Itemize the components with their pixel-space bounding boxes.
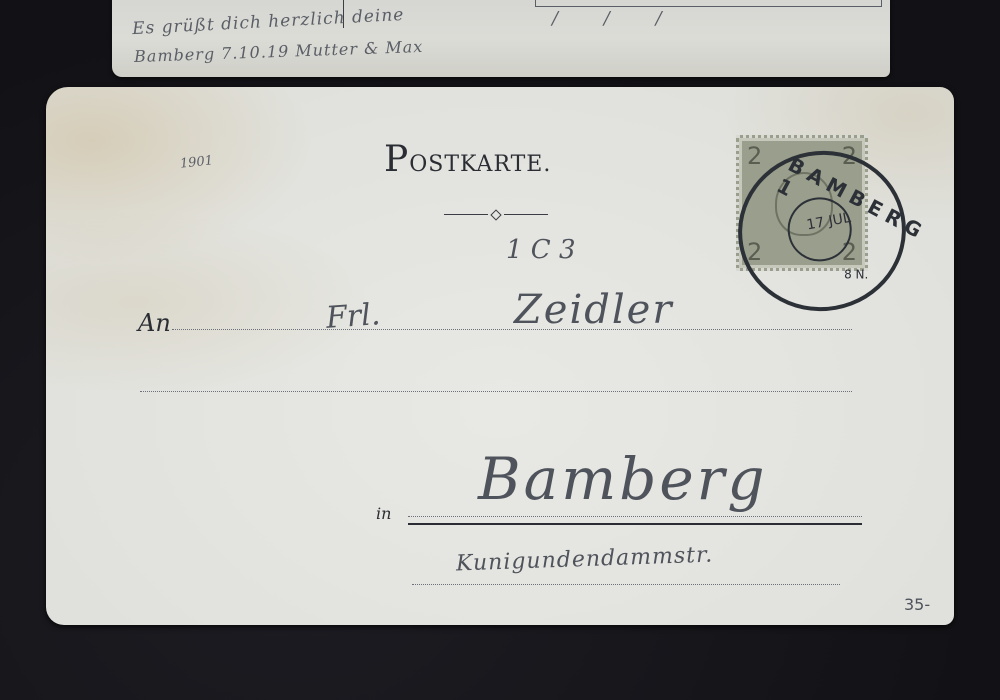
stamp-value: 2 <box>747 142 762 170</box>
address-line-4 <box>412 584 840 585</box>
handwriting-greeting: Es grüßt dich herzlich deine <box>132 5 405 39</box>
postmark-time: 8 N. <box>844 268 868 282</box>
title-ornament <box>444 211 548 219</box>
ruled-box <box>535 0 882 7</box>
label-to: An <box>138 309 171 337</box>
ornament-line-left <box>444 214 488 215</box>
title-initial: P <box>384 139 409 180</box>
recipient-title: Frl. <box>325 297 382 336</box>
pencil-mark: 1 C 3 <box>506 235 576 265</box>
address-line-3 <box>408 516 862 517</box>
address-line-2 <box>140 391 852 392</box>
main-postcard: 1901 POSTKARTE. 2 2 2 2 BAMBERG 1 17 JUL… <box>46 87 954 625</box>
recipient-name: Zeidler <box>514 287 673 333</box>
address-line-1 <box>172 329 852 330</box>
ornament-diamond-icon <box>490 209 501 220</box>
handwriting-strokes: / / / <box>552 8 682 29</box>
recipient-street: Kunigundendammstr. <box>456 543 714 577</box>
ornament-line-right <box>504 214 548 215</box>
price-note: 35- <box>904 595 930 614</box>
pencil-year: 1901 <box>179 153 213 171</box>
handwriting-signature: Bamberg 7.10.19 Mutter & Max <box>134 37 424 66</box>
label-in: in <box>376 504 391 523</box>
recipient-city: Bamberg <box>478 445 768 513</box>
city-underline <box>408 523 862 525</box>
postcard-title: POSTKARTE. <box>384 139 551 180</box>
top-postcard: / / / Es grüßt dich herzlich deine Bambe… <box>112 0 890 77</box>
title-rest: OSTKARTE. <box>409 152 551 177</box>
